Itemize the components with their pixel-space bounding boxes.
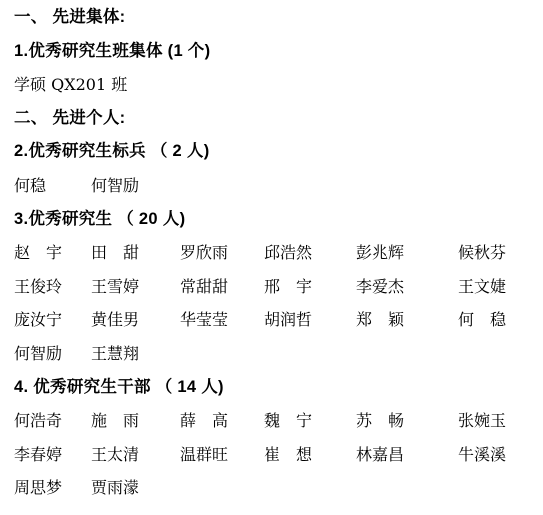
student-name: 何 稳: [458, 303, 533, 337]
student-name: 邱浩然: [264, 236, 356, 270]
student-name: 候秋芬: [458, 236, 533, 270]
student-name: 华莹莹: [180, 303, 264, 337]
name-row: 何浩奇 施 雨 薛 高 魏 宁 苏 畅 张婉玉: [14, 404, 533, 438]
student-name: 崔 想: [264, 438, 356, 472]
student-name: 施 雨: [91, 404, 180, 438]
student-name: 王太清: [91, 438, 180, 472]
student-name: 罗欣雨: [180, 236, 264, 270]
student-name: 林嘉昌: [356, 438, 458, 472]
student-name: 牛溪溪: [458, 438, 533, 472]
student-name: 李春婷: [14, 438, 91, 472]
name-row: 周思梦 贾雨濛: [14, 471, 533, 505]
student-name: 张婉玉: [458, 404, 533, 438]
student-name: 田 甜: [91, 236, 180, 270]
award-1-heading: 1.优秀研究生班集体 (1 个): [14, 35, 533, 69]
award-1-recipient-class: 学硕 QX201 班: [14, 68, 533, 102]
student-name: 何稳: [14, 169, 91, 203]
award-3-heading: 3.优秀研究生 （ 20 人): [14, 203, 533, 237]
name-row: 赵 宇 田 甜 罗欣雨 邱浩然 彭兆辉 候秋芬: [14, 236, 533, 270]
student-name: 温群旺: [180, 438, 264, 472]
student-name: 薛 高: [180, 404, 264, 438]
student-name: 李爱杰: [356, 270, 458, 304]
name-row: 王俊玲 王雪婷 常甜甜 邢 宇 李爱杰 王文婕: [14, 270, 533, 304]
award-2-heading: 2.优秀研究生标兵 （ 2 人): [14, 135, 533, 169]
name-row: 李春婷 王太清 温群旺 崔 想 林嘉昌 牛溪溪: [14, 438, 533, 472]
student-name: 郑 颖: [356, 303, 458, 337]
awards-document: 一、 先进集体: 1.优秀研究生班集体 (1 个) 学硕 QX201 班 二、 …: [0, 0, 543, 515]
section-1-title: 一、 先进集体:: [14, 1, 533, 35]
student-name: 王文婕: [458, 270, 533, 304]
student-name: 何智励: [14, 337, 91, 371]
student-name: 魏 宁: [264, 404, 356, 438]
student-name: 苏 畅: [356, 404, 458, 438]
student-name: 王雪婷: [91, 270, 180, 304]
student-name: 庞汝宁: [14, 303, 91, 337]
section-2-title: 二、 先进个人:: [14, 102, 533, 136]
name-row: 何智励 王慧翔: [14, 337, 533, 371]
student-name: 赵 宇: [14, 236, 91, 270]
name-row: 何稳 何智励: [14, 169, 533, 203]
student-name: 王慧翔: [91, 337, 180, 371]
student-name: 彭兆辉: [356, 236, 458, 270]
student-name: 王俊玲: [14, 270, 91, 304]
student-name: 何浩奇: [14, 404, 91, 438]
name-row: 庞汝宁 黄佳男 华莹莹 胡润哲 郑 颖 何 稳: [14, 303, 533, 337]
student-name: 胡润哲: [264, 303, 356, 337]
student-name: 常甜甜: [180, 270, 264, 304]
student-name: 何智励: [91, 169, 180, 203]
student-name: 黄佳男: [91, 303, 180, 337]
award-4-heading: 4. 优秀研究生干部 （ 14 人): [14, 371, 533, 405]
student-name: 邢 宇: [264, 270, 356, 304]
student-name: 周思梦: [14, 471, 91, 505]
student-name: 贾雨濛: [91, 471, 180, 505]
